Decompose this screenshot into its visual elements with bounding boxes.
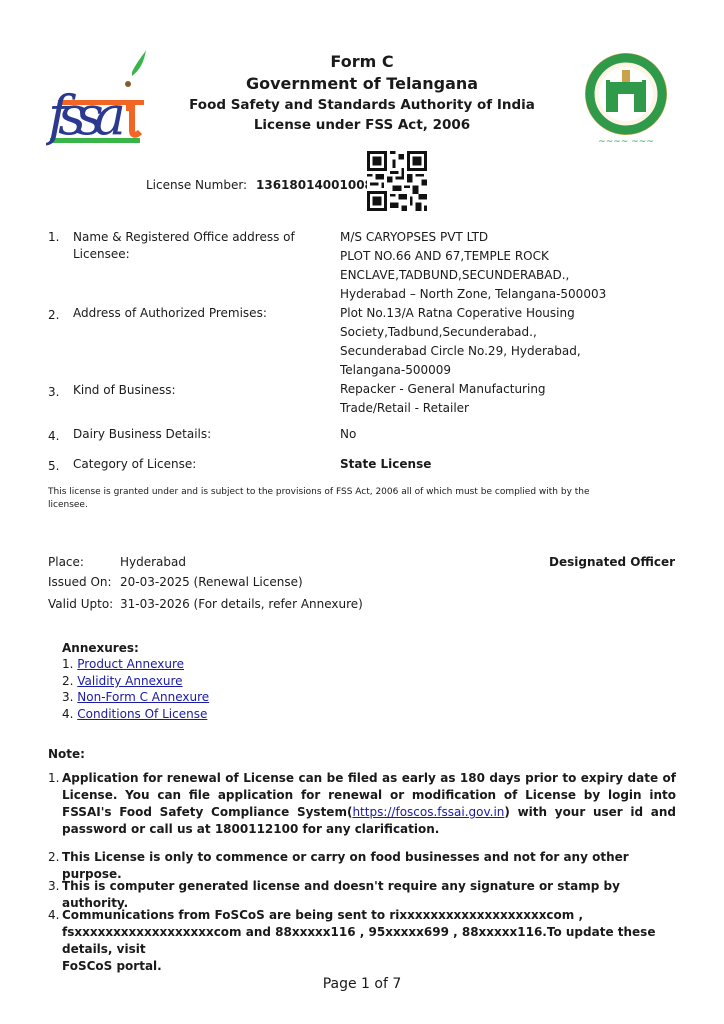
- value-line: Secunderabad Circle No.29, Hyderabad,: [340, 342, 640, 361]
- authority-name: Food Safety and Standards Authority of I…: [180, 97, 544, 113]
- note-3-number: 3.: [48, 879, 59, 893]
- fssai-logo-icon: fssa: [46, 46, 148, 148]
- license-category-value: State License: [340, 455, 640, 474]
- telangana-emblem: ~~~~ ~~~: [578, 50, 674, 150]
- row-3-number: 3.: [48, 385, 59, 399]
- value-line: Hyderabad – North Zone, Telangana-500003: [340, 285, 640, 304]
- act-title: License under FSS Act, 2006: [180, 117, 544, 133]
- disclaimer-text: This license is granted under and is sub…: [48, 486, 608, 512]
- page-indicator: Page 1 of 7: [0, 976, 724, 992]
- value-line: Telangana-500009: [340, 361, 640, 380]
- row-4-number: 4.: [48, 429, 59, 443]
- row-5-number: 5.: [48, 459, 59, 473]
- row-1-label: Name & Registered Office address of Lice…: [73, 229, 313, 263]
- row-3-label: Kind of Business:: [73, 382, 313, 399]
- designated-officer: Designated Officer: [549, 555, 675, 569]
- product-annexure-link[interactable]: Product Annexure: [77, 657, 184, 671]
- note-4-number: 4.: [48, 908, 59, 922]
- annexure-item: 3. Non-Form C Annexure: [62, 690, 209, 704]
- row-4-label: Dairy Business Details:: [73, 426, 313, 443]
- valid-upto-label: Valid Upto:: [48, 597, 113, 611]
- non-form-c-annexure-link[interactable]: Non-Form C Annexure: [77, 690, 209, 704]
- row-2-number: 2.: [48, 308, 59, 322]
- annexure-number: 3.: [62, 690, 73, 704]
- annexures-title: Annexures:: [62, 641, 139, 655]
- place-label: Place:: [48, 555, 84, 569]
- value-line: Plot No.13/A Ratna Coperative Housing: [340, 304, 640, 323]
- issued-on-value: 20-03-2025 (Renewal License): [120, 575, 303, 589]
- value-line: Trade/Retail - Retailer: [340, 399, 640, 418]
- licensee-name-address: M/S CARYOPSES PVT LTD PLOT NO.66 AND 67,…: [340, 228, 640, 304]
- form-title: Form C: [180, 52, 544, 71]
- validity-annexure-link[interactable]: Validity Annexure: [77, 674, 182, 688]
- value-line: Society,Tadbund,Secunderabad.,: [340, 323, 640, 342]
- svg-text:fssa: fssa: [46, 84, 126, 147]
- note-1-number: 1.: [48, 771, 59, 785]
- value-line: PLOT NO.66 AND 67,TEMPLE ROCK: [340, 247, 640, 266]
- row-5-label: Category of License:: [73, 456, 313, 473]
- value-line: M/S CARYOPSES PVT LTD: [340, 228, 640, 247]
- fssai-logo: fssa: [46, 46, 148, 148]
- license-number: 13618014001008: [256, 178, 373, 192]
- value-line: Repacker - General Manufacturing: [340, 380, 640, 399]
- dairy-business-value: No: [340, 425, 640, 444]
- annexure-number: 2.: [62, 674, 73, 688]
- annexure-item: 2. Validity Annexure: [62, 674, 183, 688]
- annexure-number: 1.: [62, 657, 73, 671]
- foscos-link[interactable]: https://foscos.fssai.gov.in: [352, 805, 504, 819]
- value-line: ENCLAVE,TADBUND,SECUNDERABAD.,: [340, 266, 640, 285]
- issued-on-label: Issued On:: [48, 575, 112, 589]
- place-value: Hyderabad: [120, 555, 186, 569]
- note-4-line: Communications from FoSCoS are being sen…: [62, 907, 676, 924]
- premises-address: Plot No.13/A Ratna Coperative Housing So…: [340, 304, 640, 380]
- conditions-of-license-link[interactable]: Conditions Of License: [77, 707, 207, 721]
- note-title: Note:: [48, 747, 85, 761]
- note-4-line: FoSCoS portal.: [62, 958, 676, 975]
- annexure-item: 4. Conditions Of License: [62, 707, 207, 721]
- svg-text:~~~~ ~~~: ~~~~ ~~~: [598, 137, 654, 147]
- government-name: Government of Telangana: [180, 74, 544, 93]
- emblem-icon: ~~~~ ~~~: [578, 50, 674, 150]
- license-number-label: License Number:: [146, 178, 247, 192]
- note-4-text: Communications from FoSCoS are being sen…: [62, 907, 676, 975]
- note-4-line: fsxxxxxxxxxxxxxxxxxxcom and 88xxxxx116 ,…: [62, 924, 676, 958]
- kind-of-business: Repacker - General Manufacturing Trade/R…: [340, 380, 640, 418]
- note-1-text: Application for renewal of License can b…: [62, 770, 676, 838]
- annexure-number: 4.: [62, 707, 73, 721]
- row-2-label: Address of Authorized Premises:: [73, 305, 313, 322]
- valid-upto-value: 31-03-2026 (For details, refer Annexure): [120, 597, 363, 611]
- qr-code-icon: [367, 151, 427, 211]
- note-2-number: 2.: [48, 850, 59, 864]
- row-1-number: 1.: [48, 230, 59, 244]
- annexure-item: 1. Product Annexure: [62, 657, 184, 671]
